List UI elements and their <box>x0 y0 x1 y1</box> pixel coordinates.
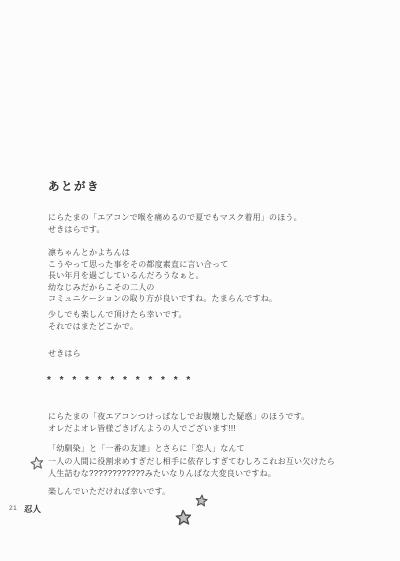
star-icon <box>29 455 45 471</box>
afterword2-body-line: 一人の人間に役割求めすぎだし相手に依存しすぎてむしろこれお互い欠けたら <box>48 456 335 469</box>
afterword1-body: 凛ちゃんとかよちんは こうやって思った事をその都度素直に言い合って 長い年月を過… <box>48 247 277 305</box>
afterword1-closing-line: それではまたどこかで。 <box>48 321 187 333</box>
afterword-page: あとがき にらたまの「エアコンで喉を痛めるので夏でもマスク着用」のほう。 せきは… <box>0 0 400 561</box>
star-icon <box>194 493 208 507</box>
afterword1-body-line: 長い年月を過ごしているんだろうなぁと。 <box>48 270 277 282</box>
afterword1-intro-line: せきはらです。 <box>48 224 302 236</box>
afterword2-closing: 楽しんでいただければ幸いです。 <box>48 486 170 498</box>
afterword1-body-line: 凛ちゃんとかよちんは <box>48 247 277 259</box>
afterword1-closing-line: 少しでも楽しんで頂けたら幸いです。 <box>48 309 187 321</box>
afterword2-intro-line: にらたまの「夜エアコンつけっぱなしでお腹壊した疑惑」のほうです。 <box>48 411 309 423</box>
afterword2-intro: にらたまの「夜エアコンつけっぱなしでお腹壊した疑惑」のほうです。 オレだよオレ皆… <box>48 411 309 435</box>
afterword2-body-line: 人生詰むな????????????みたいなりんぱな大変良いですね。 <box>48 468 335 481</box>
afterword1-signature: せきはら <box>48 348 81 360</box>
star-icon <box>174 508 192 526</box>
author-signature: 忍人 <box>24 503 41 515</box>
afterword1-body-line: 幼なじみだからこその二人の <box>48 282 277 294</box>
page-number: 21 <box>9 505 17 512</box>
afterword2-body: 「幼馴染」と「一番の友達」とさらに「恋人」なんて 一人の人間に役割求めすぎだし相… <box>48 443 335 481</box>
page-title: あとがき <box>48 178 100 194</box>
afterword1-intro: にらたまの「エアコンで喉を痛めるので夏でもマスク着用」のほう。 せきはらです。 <box>48 212 302 236</box>
afterword1-intro-line: にらたまの「エアコンで喉を痛めるので夏でもマスク着用」のほう。 <box>48 212 302 224</box>
afterword1-body-line: コミュニケーションの取り方が良いですね。たまらんですね。 <box>48 293 277 305</box>
section-divider: * * * * * * * * * * * * <box>47 375 193 386</box>
afterword1-closing: 少しでも楽しんで頂けたら幸いです。 それではまたどこかで。 <box>48 309 187 332</box>
afterword1-body-line: こうやって思った事をその都度素直に言い合って <box>48 259 277 271</box>
afterword2-body-line: 「幼馴染」と「一番の友達」とさらに「恋人」なんて <box>48 443 335 456</box>
afterword2-intro-line: オレだよオレ皆様ごきげんようの人でございます!!! <box>48 423 309 435</box>
